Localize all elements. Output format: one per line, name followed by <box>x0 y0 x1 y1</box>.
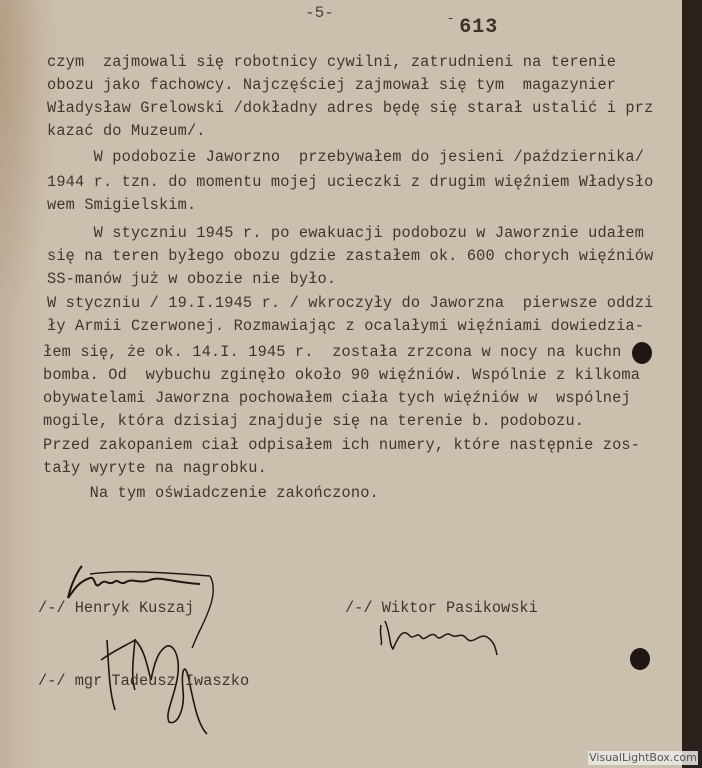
text-line: mogile, która dzisiaj znajduje się na te… <box>43 412 584 430</box>
text-line: 1944 r. tzn. do momentu mojej ucieczki z… <box>47 173 653 191</box>
watermark: VisualLightBox.com <box>588 751 698 765</box>
text-line: W podobozie Jaworzno przebywałem do jesi… <box>47 148 644 166</box>
text-line: czym zajmowali się robotnicy cywilni, za… <box>47 53 616 71</box>
text-line: SS-manów już w obozie nie było. <box>47 270 336 288</box>
punch-hole <box>632 342 652 364</box>
text-line: Przed zakopaniem ciał odpisałem ich nume… <box>43 436 640 454</box>
text-line: W styczniu / 19.I.1945 r. / wkroczyły do… <box>47 294 653 312</box>
signatory-name: /-/ mgr Tadeusz Iwaszko <box>38 672 249 690</box>
text-line: wem Smigielskim. <box>47 196 196 214</box>
text-line: kazać do Muzeum/. <box>47 122 206 140</box>
text-line: tały wyryte na nagrobku. <box>43 459 267 477</box>
binding-edge <box>682 0 702 768</box>
signature-pasikowski <box>375 615 510 660</box>
punch-hole <box>630 648 650 670</box>
text-line: obywatelami Jaworzna pochowałem ciała ty… <box>43 389 631 407</box>
text-line: ły Armii Czerwonej. Rozmawiając z ocalał… <box>47 317 644 335</box>
text-line: bomba. Od wybuchu zginęło około 90 więźn… <box>43 366 640 384</box>
text-line: W styczniu 1945 r. po ewakuacji podobozu… <box>47 224 644 242</box>
text-line: się na teren byłego obozu gdzie zastałem… <box>47 247 653 265</box>
archive-number: ˉ613 <box>447 16 498 39</box>
text-line: Na tym oświadczenie zakończono. <box>43 484 379 502</box>
text-line: Władysław Grelowski /dokładny adres będę… <box>47 99 653 117</box>
signatory-name: /-/ Henryk Kuszaj <box>38 599 194 617</box>
text-line: obozu jako fachowcy. Najczęściej zajmowa… <box>47 76 616 94</box>
text-line: łem się, że ok. 14.I. 1945 r. została zr… <box>43 343 621 361</box>
page-number: -5- <box>305 4 334 22</box>
